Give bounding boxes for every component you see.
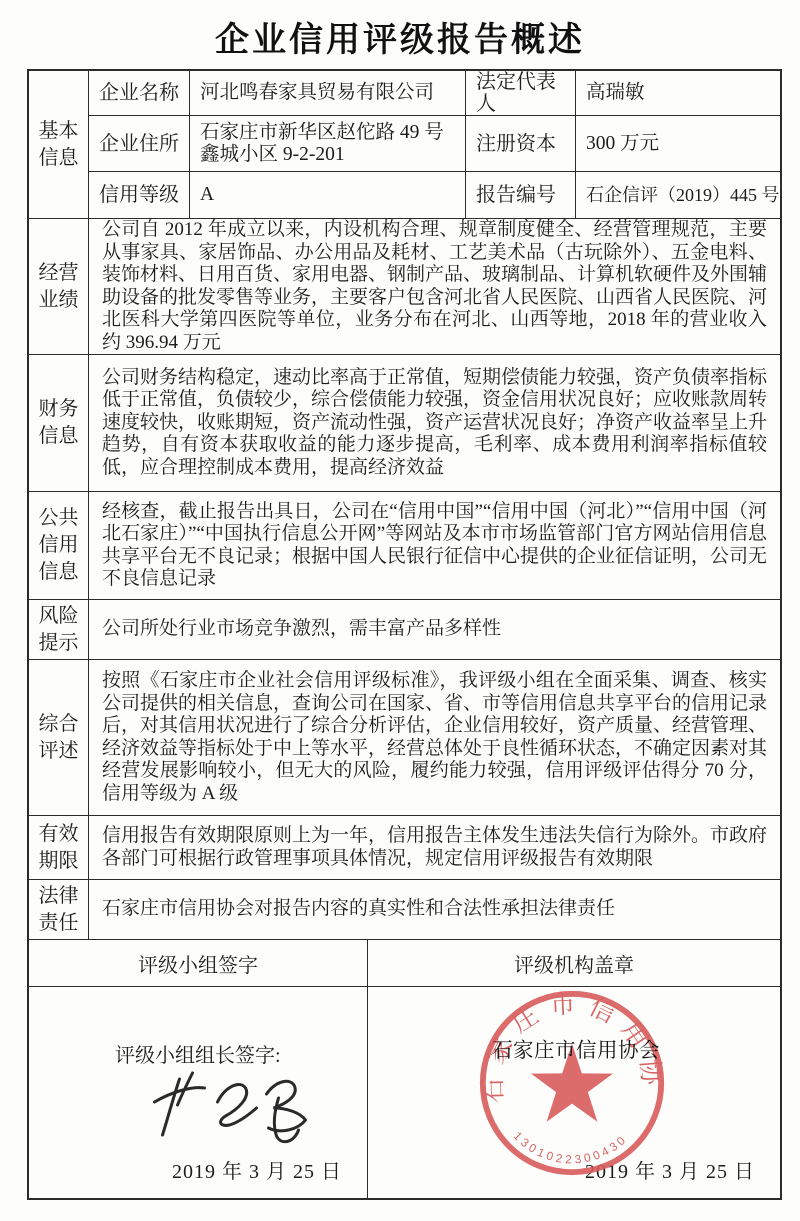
field-value-report-number: 石企信评（2019）445 号 bbox=[575, 171, 780, 218]
field-label-legal-representative: 法定代表人 bbox=[465, 71, 575, 115]
section-label-basic-info: 基本信息 bbox=[29, 71, 89, 218]
public-credit-info-text: 经核查，截止报告出具日，公司在“信用中国”“信用中国（河北）”“信用中国（河北石… bbox=[102, 501, 767, 591]
section-label-legal-liability: 法律责任 bbox=[29, 880, 89, 939]
financial-info-text: 公司财务结构稳定，速动比率高于正常值，短期偿债能力较强，资产负债率指标低于正常值… bbox=[102, 367, 767, 480]
validity-period-text: 信用报告有效期限原则上为一年，信用报告主体发生违法失信行为除外。市政府各部门可根… bbox=[102, 825, 767, 870]
signature-header-row: 评级小组签字 评级机构盖章 bbox=[29, 939, 780, 986]
field-label-registered-capital: 注册资本 bbox=[465, 115, 575, 171]
section-label-risk-warning: 风险提示 bbox=[29, 600, 89, 659]
official-red-seal: 石家庄市信用协会 1301022300430 bbox=[474, 985, 670, 1181]
handwritten-signature bbox=[147, 1069, 332, 1147]
business-performance-text: 公司自 2012 年成立以来，内设机构合理、规章制度健全、经营管理规范，主要从事… bbox=[102, 219, 767, 354]
section-label-validity-period: 有效期限 bbox=[29, 816, 89, 879]
agency-seal-header: 评级机构盖章 bbox=[368, 940, 780, 986]
financial-info-section: 财务信息 公司财务结构稳定，速动比率高于正常值，短期偿债能力较强，资产负债率指标… bbox=[29, 354, 780, 491]
team-signature-header: 评级小组签字 bbox=[29, 940, 368, 986]
credit-rating-table: 基本信息 企业名称 河北鸣春家具贸易有限公司 法定代表人 高瑞敏 企业住所 石家… bbox=[27, 69, 782, 1200]
validity-period-section: 有效期限 信用报告有效期限原则上为一年，信用报告主体发生违法失信行为除外。市政府… bbox=[29, 815, 780, 879]
field-label-credit-grade: 信用等级 bbox=[89, 171, 189, 218]
team-signature-date: 2019 年 3 月 25 日 bbox=[172, 1155, 342, 1184]
section-label-business-performance: 经营业绩 bbox=[29, 219, 89, 354]
team-leader-signature-label: 评级小组组长签字: bbox=[115, 1039, 281, 1068]
field-label-report-number: 报告编号 bbox=[465, 171, 575, 218]
section-label-public-credit-info: 公共信用信息 bbox=[29, 492, 89, 599]
page-title: 企业信用评级报告概述 bbox=[0, 20, 800, 62]
signature-body-row: 评级小组组长签字: 2019 年 3 月 25 日 bbox=[29, 986, 780, 1198]
agency-name-text: 石家庄市信用协会 bbox=[492, 1033, 660, 1063]
business-performance-section: 经营业绩 公司自 2012 年成立以来，内设机构合理、规章制度健全、经营管理规范… bbox=[29, 218, 780, 354]
public-credit-info-section: 公共信用信息 经核查，截止报告出具日，公司在“信用中国”“信用中国（河北）”“信… bbox=[29, 491, 780, 599]
risk-warning-section: 风险提示 公司所处行业市场竞争激烈，需丰富产品多样性 bbox=[29, 599, 780, 659]
field-label-company-address: 企业住所 bbox=[89, 115, 189, 171]
section-label-financial-info: 财务信息 bbox=[29, 355, 89, 491]
basic-info-section: 基本信息 企业名称 河北鸣春家具贸易有限公司 法定代表人 高瑞敏 企业住所 石家… bbox=[29, 71, 780, 218]
team-signature-cell: 评级小组组长签字: 2019 年 3 月 25 日 bbox=[29, 987, 368, 1198]
field-value-company-address: 石家庄市新华区赵佗路 49 号鑫城小区 9-2-201 bbox=[189, 115, 465, 171]
legal-liability-section: 法律责任 石家庄市信用协会对报告内容的真实性和合法性承担法律责任 bbox=[29, 879, 780, 939]
field-label-company-name: 企业名称 bbox=[89, 71, 189, 115]
agency-seal-cell: 石家庄市信用协会 1301022300430 石家庄市信用协会 2019 年 3… bbox=[368, 987, 780, 1198]
field-value-company-name: 河北鸣春家具贸易有限公司 bbox=[189, 71, 465, 115]
basic-info-grid: 企业名称 河北鸣春家具贸易有限公司 法定代表人 高瑞敏 企业住所 石家庄市新华区… bbox=[89, 71, 780, 218]
section-label-comprehensive-review: 综合评述 bbox=[29, 660, 89, 815]
field-value-registered-capital: 300 万元 bbox=[575, 115, 780, 171]
comprehensive-review-text: 按照《石家庄市企业社会信用评级标准》，我评级小组在全面采集、调查、核实公司提供的… bbox=[102, 670, 767, 805]
comprehensive-review-section: 综合评述 按照《石家庄市企业社会信用评级标准》，我评级小组在全面采集、调查、核实… bbox=[29, 659, 780, 815]
risk-warning-text: 公司所处行业市场竞争激烈，需丰富产品多样性 bbox=[102, 618, 501, 641]
field-value-legal-representative: 高瑞敏 bbox=[575, 71, 780, 115]
field-value-credit-grade: A bbox=[189, 171, 465, 218]
legal-liability-text: 石家庄市信用协会对报告内容的真实性和合法性承担法律责任 bbox=[102, 898, 615, 921]
scanned-report-page: 企业信用评级报告概述 基本信息 企业名称 河北鸣春家具贸易有限公司 法定代表人 … bbox=[0, 0, 800, 1221]
